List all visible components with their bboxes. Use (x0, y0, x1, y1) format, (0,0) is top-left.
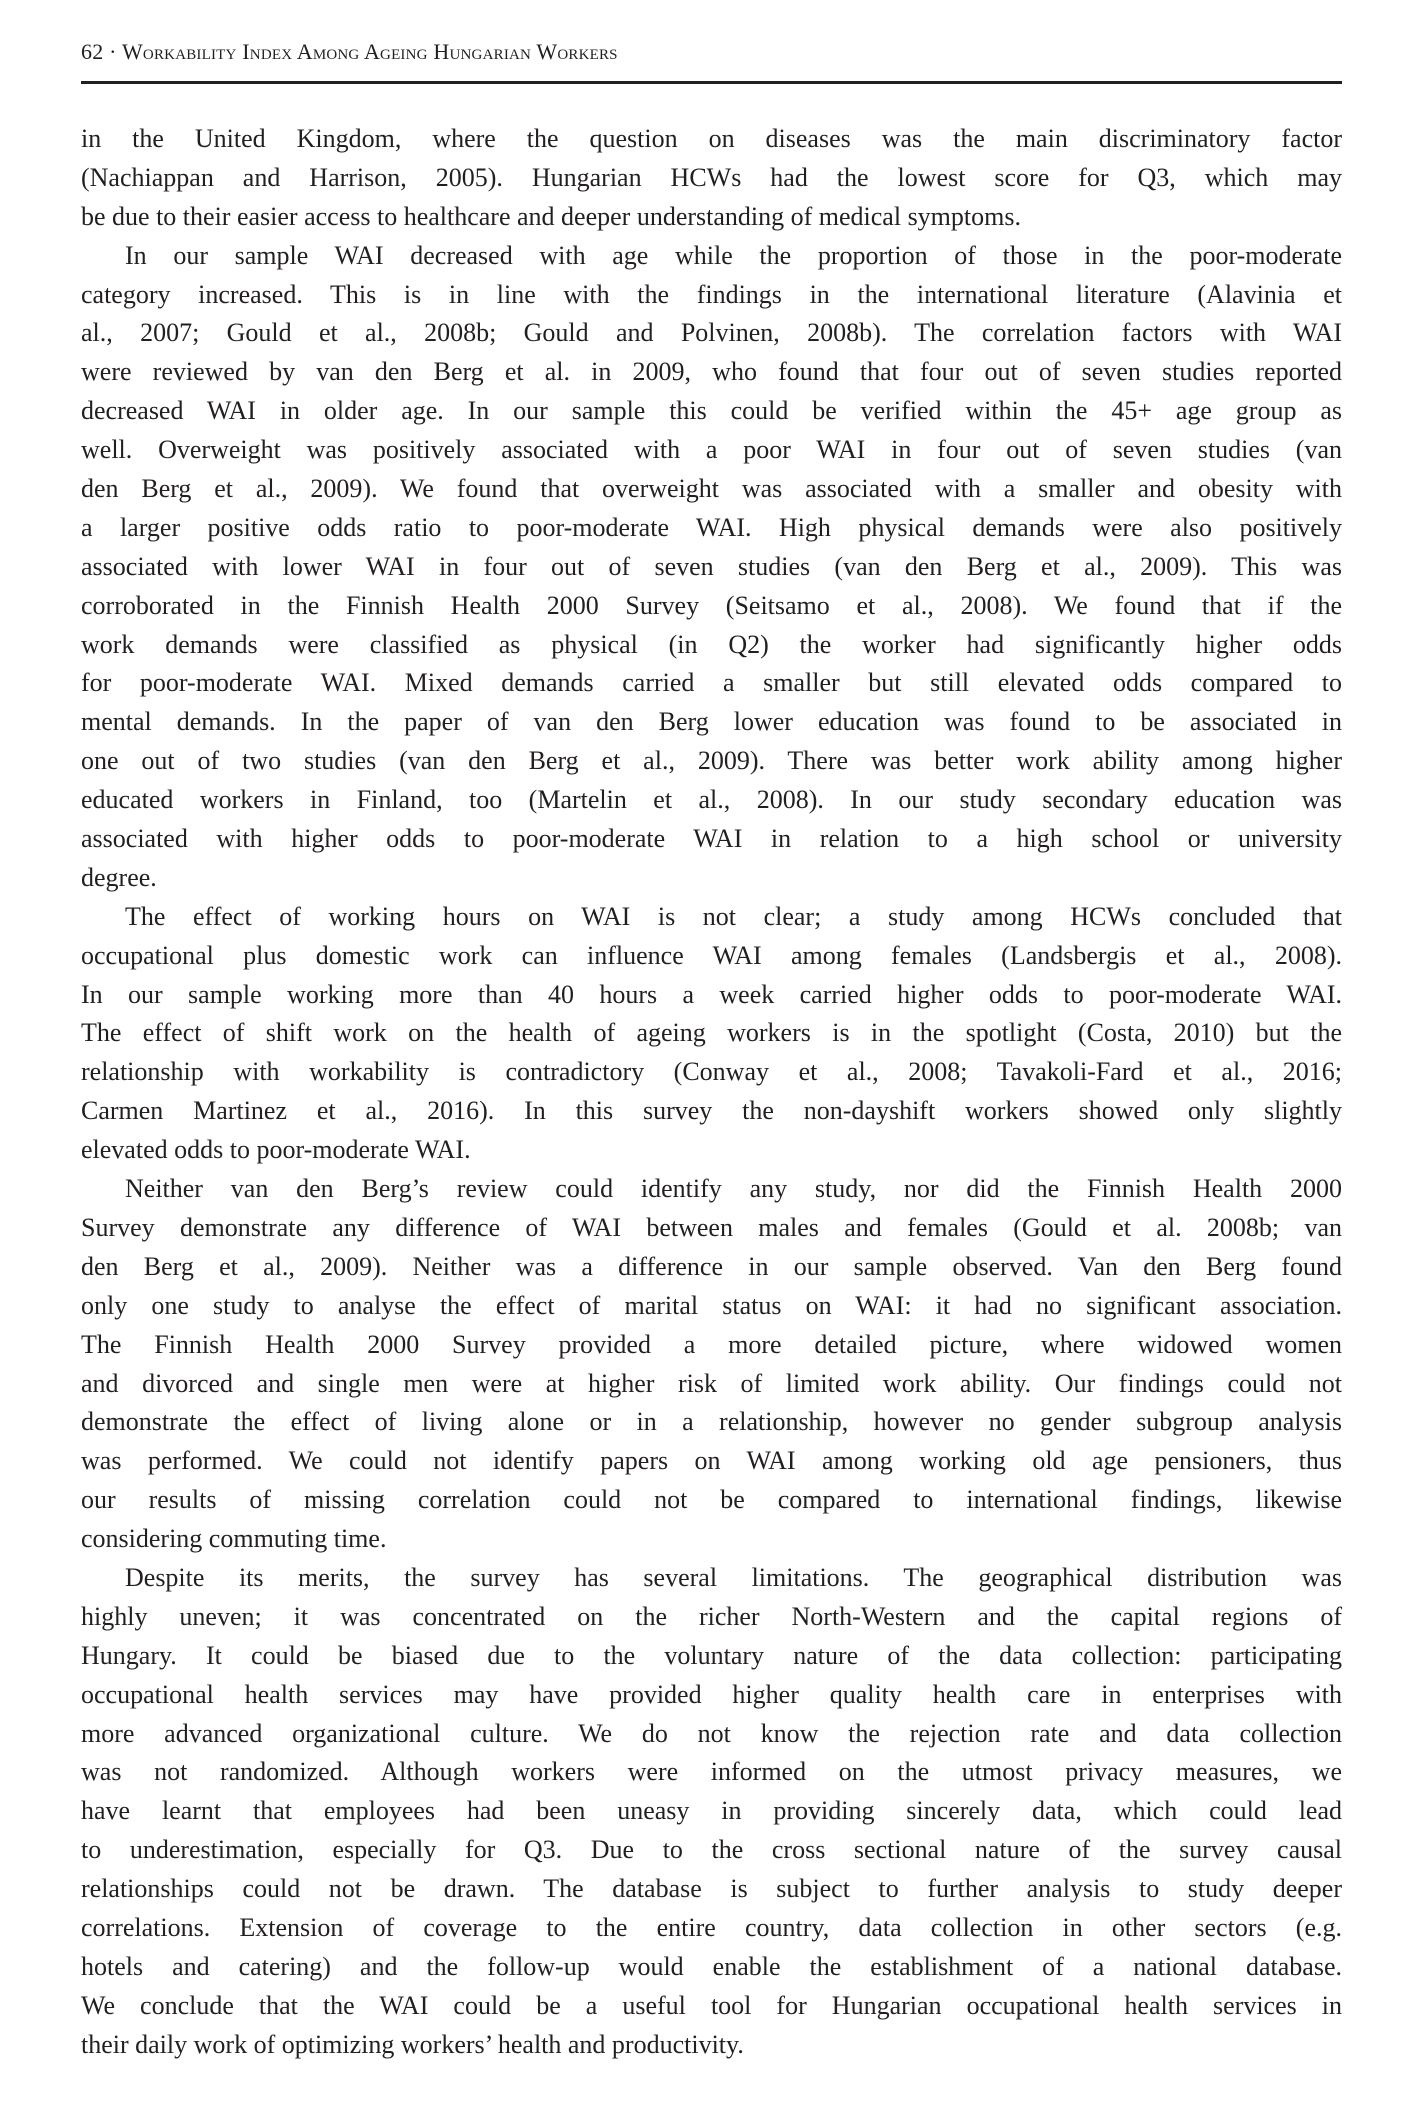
text-line: our results of missing correlation could… (81, 1481, 1342, 1520)
text-line: Hungary. It could be biased due to the v… (81, 1637, 1342, 1676)
text-line: associated with lower WAI in four out of… (81, 548, 1342, 587)
text-line: one out of two studies (van den Berg et … (81, 742, 1342, 781)
text-line: be due to their easier access to healthc… (81, 198, 1342, 237)
paragraph: in the United Kingdom, where the questio… (81, 120, 1342, 237)
text-line: a larger positive odds ratio to poor-mod… (81, 509, 1342, 548)
text-line: den Berg et al., 2009). Neither was a di… (81, 1248, 1342, 1287)
header-separator: · (109, 39, 117, 64)
text-line: hotels and catering) and the follow-up w… (81, 1948, 1342, 1987)
page-number: 62 (81, 39, 103, 64)
text-line: demonstrate the effect of living alone o… (81, 1403, 1342, 1442)
text-line: category increased. This is in line with… (81, 276, 1342, 315)
running-head: 62 · Workability Index Among Ageing Hung… (81, 38, 1342, 68)
paragraph: Neither van den Berg’s review could iden… (81, 1170, 1342, 1559)
running-title: Workability Index Among Ageing Hungarian… (122, 39, 618, 64)
text-line: to underestimation, especially for Q3. D… (81, 1831, 1342, 1870)
text-line: more advanced organizational culture. We… (81, 1715, 1342, 1754)
text-line: In our sample working more than 40 hours… (81, 976, 1342, 1015)
text-line: educated workers in Finland, too (Martel… (81, 781, 1342, 820)
text-line: have learnt that employees had been unea… (81, 1792, 1342, 1831)
text-line: relationship with workability is contrad… (81, 1053, 1342, 1092)
paragraph: Despite its merits, the survey has sever… (81, 1559, 1342, 2065)
document-page: 62 · Workability Index Among Ageing Hung… (0, 0, 1415, 2104)
text-line: Survey demonstrate any difference of WAI… (81, 1209, 1342, 1248)
text-line: The Finnish Health 2000 Survey provided … (81, 1326, 1342, 1365)
text-line: occupational health services may have pr… (81, 1676, 1342, 1715)
text-line: only one study to analyse the effect of … (81, 1287, 1342, 1326)
text-line: relationships could not be drawn. The da… (81, 1870, 1342, 1909)
text-line: in the United Kingdom, where the questio… (81, 120, 1342, 159)
paragraph: In our sample WAI decreased with age whi… (81, 237, 1342, 898)
text-line: We conclude that the WAI could be a usef… (81, 1987, 1342, 2026)
text-line: well. Overweight was positively associat… (81, 431, 1342, 470)
paragraph: The effect of working hours on WAI is no… (81, 898, 1342, 1170)
text-line: den Berg et al., 2009). We found that ov… (81, 470, 1342, 509)
text-line: mental demands. In the paper of van den … (81, 703, 1342, 742)
text-line: Despite its merits, the survey has sever… (81, 1559, 1342, 1598)
text-line: was performed. We could not identify pap… (81, 1442, 1342, 1481)
text-line: and divorced and single men were at high… (81, 1365, 1342, 1404)
body-text: in the United Kingdom, where the questio… (81, 120, 1342, 2065)
text-line: occupational plus domestic work can infl… (81, 937, 1342, 976)
text-line: The effect of working hours on WAI is no… (81, 898, 1342, 937)
text-line: their daily work of optimizing workers’ … (81, 2026, 1342, 2065)
text-line: work demands were classified as physical… (81, 626, 1342, 665)
text-line: The effect of shift work on the health o… (81, 1014, 1342, 1053)
text-line: degree. (81, 859, 1342, 898)
text-line: was not randomized. Although workers wer… (81, 1753, 1342, 1792)
header-rule (81, 81, 1342, 84)
text-line: considering commuting time. (81, 1520, 1342, 1559)
text-line: elevated odds to poor-moderate WAI. (81, 1131, 1342, 1170)
text-line: decreased WAI in older age. In our sampl… (81, 392, 1342, 431)
text-line: were reviewed by van den Berg et al. in … (81, 353, 1342, 392)
text-line: for poor-moderate WAI. Mixed demands car… (81, 664, 1342, 703)
text-line: (Nachiappan and Harrison, 2005). Hungari… (81, 159, 1342, 198)
text-line: associated with higher odds to poor-mode… (81, 820, 1342, 859)
text-line: Carmen Martinez et al., 2016). In this s… (81, 1092, 1342, 1131)
text-line: al., 2007; Gould et al., 2008b; Gould an… (81, 314, 1342, 353)
text-line: corroborated in the Finnish Health 2000 … (81, 587, 1342, 626)
text-line: highly uneven; it was concentrated on th… (81, 1598, 1342, 1637)
text-line: correlations. Extension of coverage to t… (81, 1909, 1342, 1948)
text-line: In our sample WAI decreased with age whi… (81, 237, 1342, 276)
text-line: Neither van den Berg’s review could iden… (81, 1170, 1342, 1209)
